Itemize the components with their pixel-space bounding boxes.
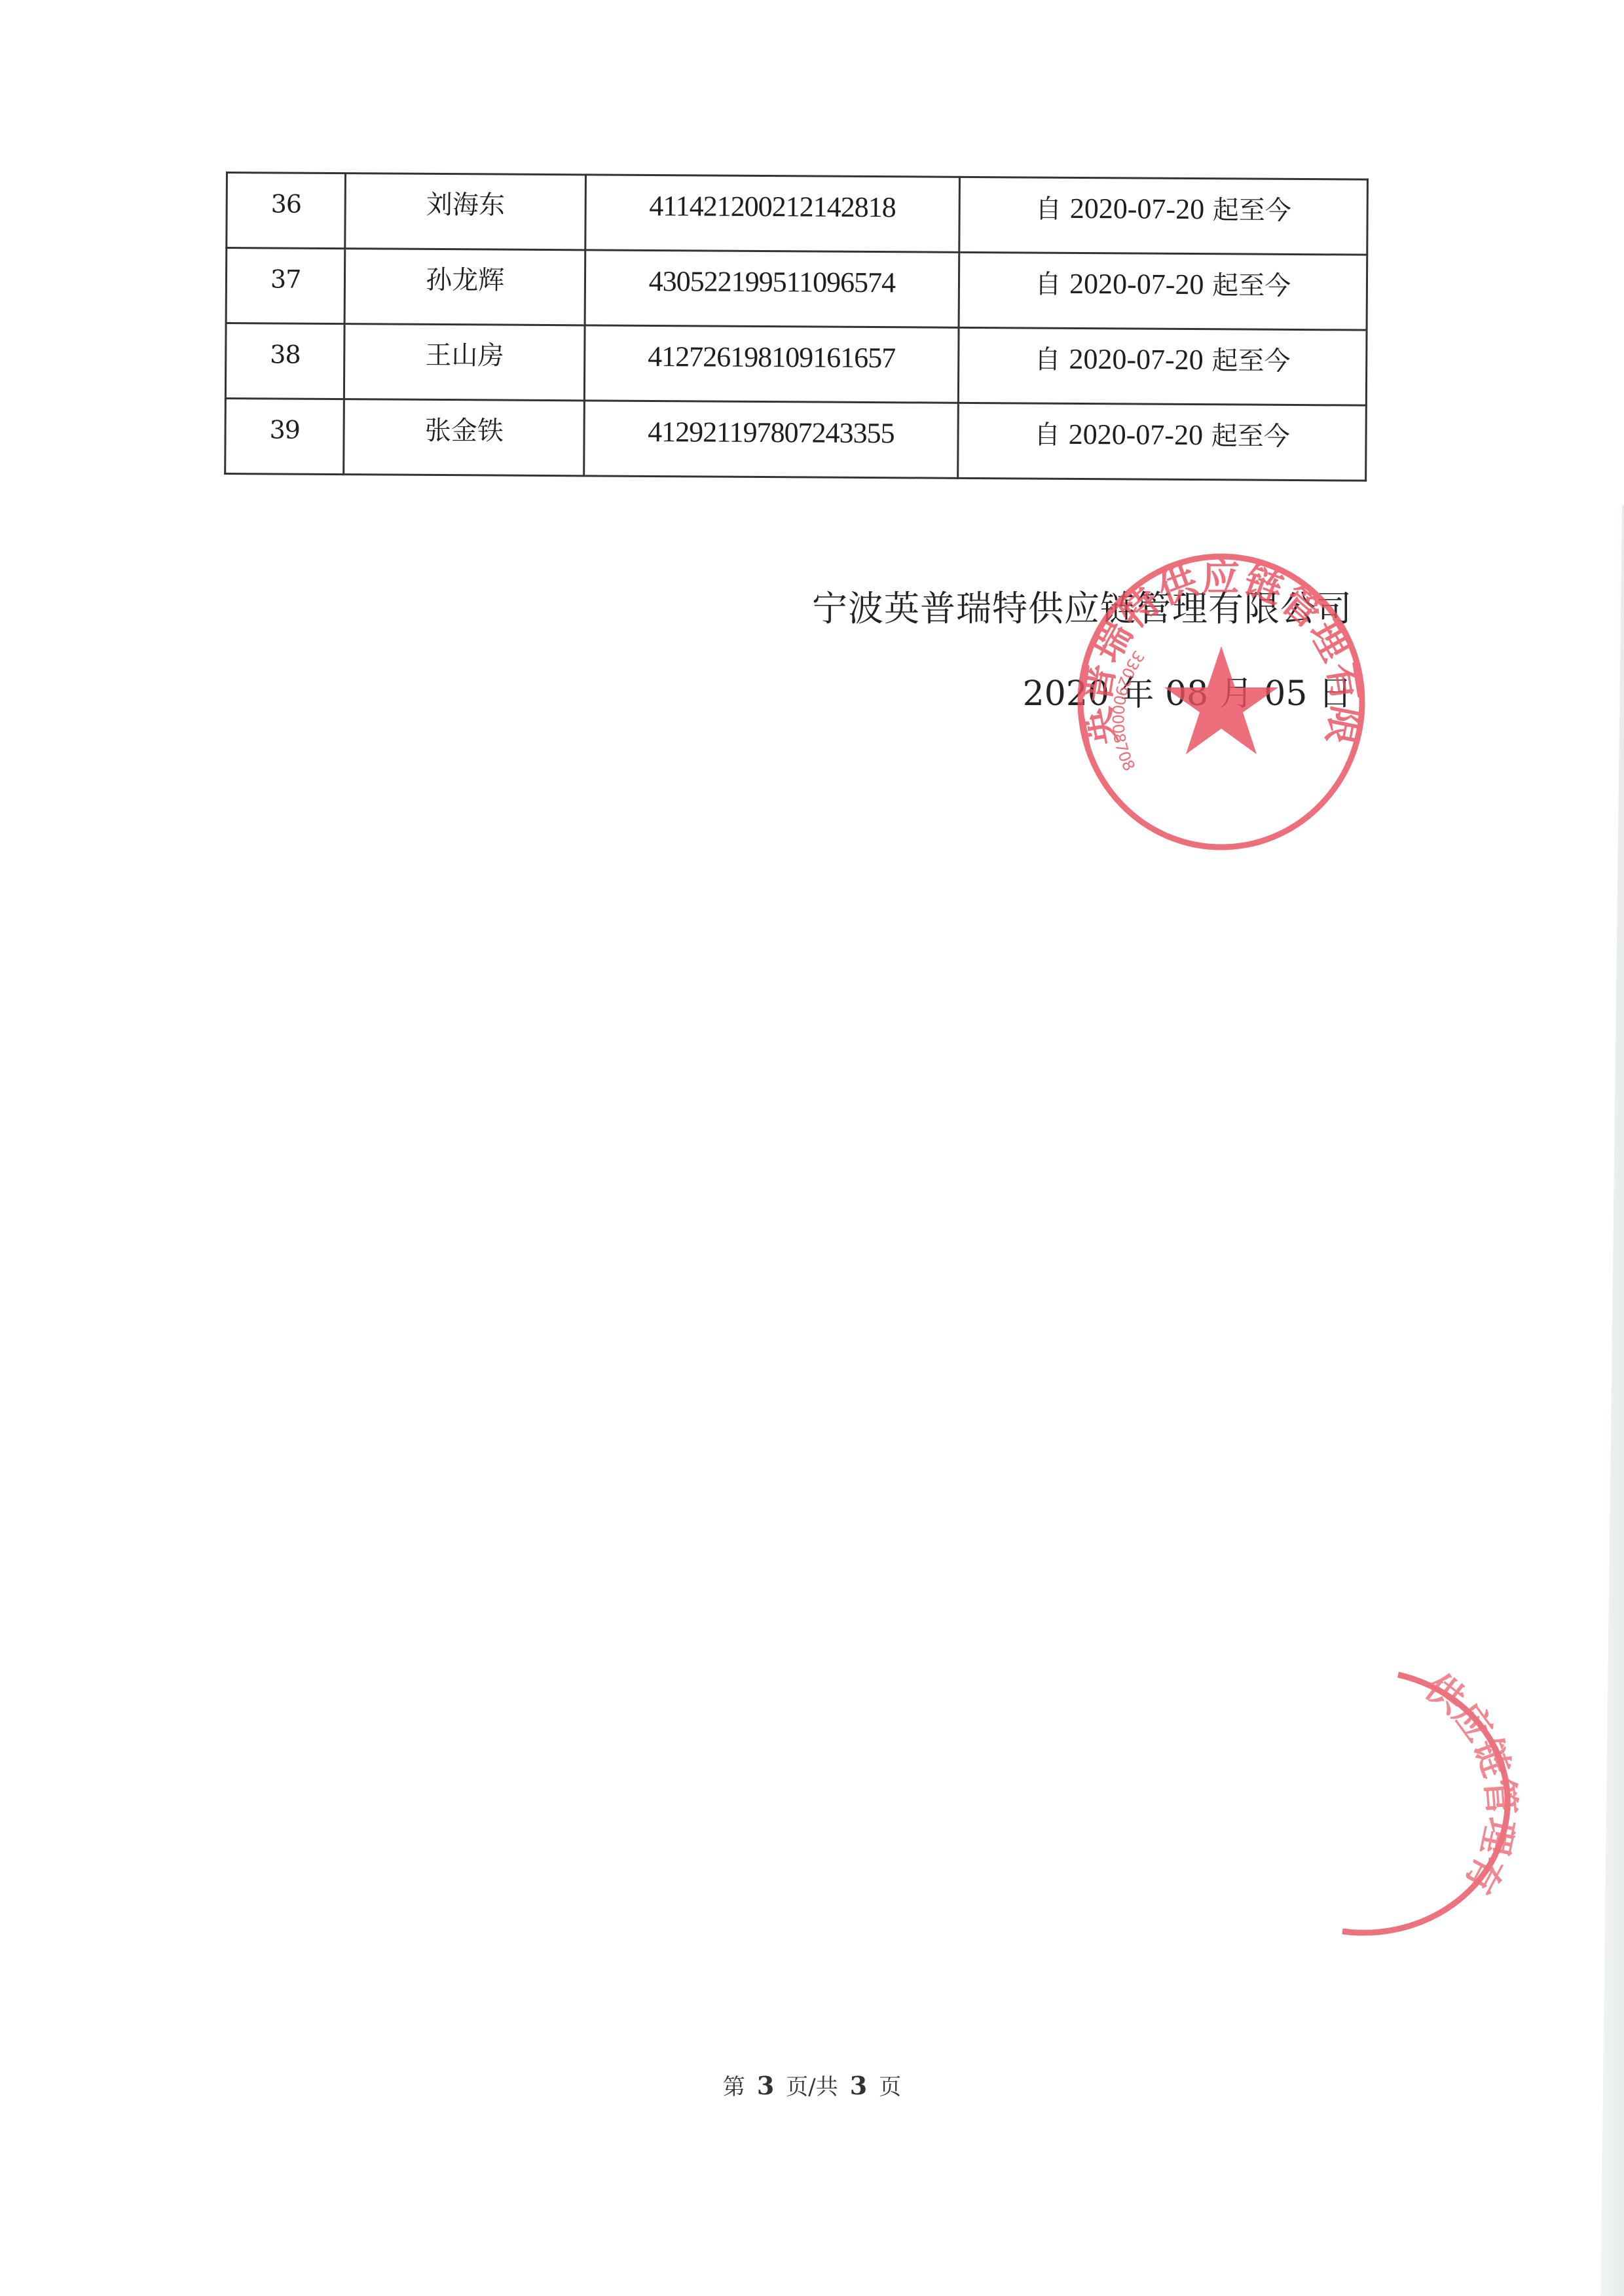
row-number-cell: 37: [226, 248, 345, 324]
row-number: 38: [227, 324, 344, 368]
period-cell: 自 2020-07-20 起至今: [959, 252, 1367, 330]
employee-name: 刘海东: [346, 174, 585, 219]
employment-period: 自 2020-07-20 起至今: [959, 404, 1365, 450]
name-cell: 王山房: [344, 324, 585, 401]
footer-middle: 页/共: [786, 2074, 838, 2100]
period-date: 2020-07-20: [1069, 343, 1204, 376]
company-name: 宁波英普瑞特供应链管理有限公司: [812, 586, 1352, 632]
period-date: 2020-07-20: [1069, 268, 1204, 301]
period-prefix: 自: [1035, 270, 1061, 300]
seam-seal-icon: 供应链管理有: [1244, 1669, 1545, 1938]
employee-name: 孙龙辉: [346, 249, 584, 294]
table-row: 39张金铁412921197807243355自 2020-07-20 起至今: [225, 399, 1367, 481]
name-cell: 孙龙辉: [344, 249, 585, 325]
period-prefix: 自: [1035, 345, 1061, 375]
table-row: 38王山房412726198109161657自 2020-07-20 起至今: [225, 323, 1367, 406]
period-suffix: 起至今: [1211, 346, 1290, 376]
id-number: 412921197807243355: [585, 401, 957, 446]
id-cell: 412726198109161657: [584, 325, 958, 403]
name-cell: 张金铁: [344, 399, 585, 476]
period-cell: 自 2020-07-20 起至今: [957, 403, 1366, 481]
period-suffix: 起至今: [1213, 195, 1291, 226]
period-date: 2020-07-20: [1070, 192, 1205, 225]
period-cell: 自 2020-07-20 起至今: [959, 177, 1367, 255]
employment-period: 自 2020-07-20 起至今: [960, 253, 1367, 300]
period-suffix: 起至今: [1211, 421, 1290, 452]
employee-name: 张金铁: [345, 400, 583, 445]
row-number-cell: 38: [225, 323, 344, 399]
row-number: 39: [226, 399, 343, 443]
name-cell: 刘海东: [345, 173, 586, 250]
period-suffix: 起至今: [1212, 270, 1291, 301]
employee-table: 36刘海东411421200212142818自 2020-07-20 起至今3…: [224, 172, 1369, 482]
period-date: 2020-07-20: [1069, 418, 1204, 451]
svg-text:供应链管理有: 供应链管理有: [1417, 1669, 1522, 1900]
employment-period: 自 2020-07-20 起至今: [960, 178, 1367, 225]
row-number-cell: 39: [225, 399, 344, 475]
row-number: 37: [227, 249, 344, 293]
total-pages: 3: [850, 2071, 867, 2100]
id-number: 411421200212142818: [587, 175, 959, 221]
id-cell: 430522199511096574: [585, 250, 959, 327]
table-row: 36刘海东411421200212142818自 2020-07-20 起至今: [227, 173, 1368, 255]
employee-name: 王山房: [345, 325, 583, 369]
id-cell: 412921197807243355: [584, 401, 958, 478]
row-number: 36: [228, 173, 345, 217]
current-page: 3: [757, 2071, 774, 2100]
footer-prefix: 第: [723, 2074, 745, 2100]
signature-date: 2020 年 08 月 05 日: [812, 671, 1352, 717]
table-row: 37孙龙辉430522199511096574自 2020-07-20 起至今: [226, 248, 1367, 331]
period-prefix: 自: [1035, 194, 1061, 225]
period-cell: 自 2020-07-20 起至今: [958, 327, 1367, 405]
period-prefix: 自: [1034, 420, 1060, 450]
row-number-cell: 36: [227, 173, 346, 249]
employment-period: 自 2020-07-20 起至今: [959, 329, 1366, 375]
page-footer: 第3页/共3页: [0, 2069, 1624, 2101]
footer-suffix: 页: [879, 2074, 901, 2100]
signature-block: 宁波英普瑞特供应链管理有限公司 2020 年 08 月 05 日: [812, 586, 1352, 717]
scan-edge-shadow: [1585, 0, 1624, 2296]
id-cell: 411421200212142818: [585, 175, 959, 252]
id-number: 430522199511096574: [586, 251, 958, 296]
id-number: 412726198109161657: [585, 326, 957, 371]
